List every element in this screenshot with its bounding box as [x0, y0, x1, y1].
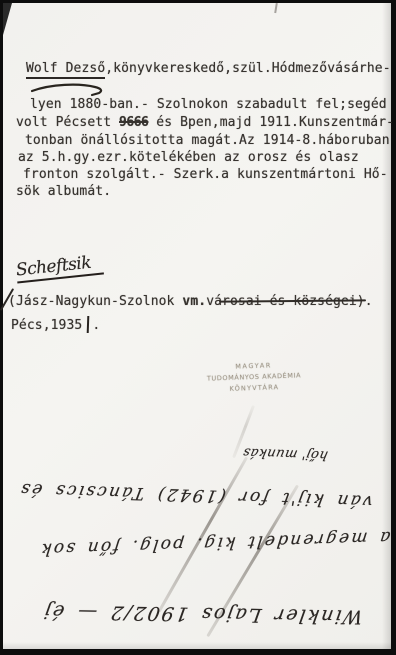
publication-period: .	[92, 318, 100, 333]
stamp-line-3: KÖNYVTÁRA	[188, 382, 320, 395]
overstruck-characters: 9666	[119, 115, 148, 130]
handwriting-line-4: Winkler Lajos 1902/2 — éj	[41, 600, 364, 628]
entry-name: Wolf Dezső	[26, 61, 105, 79]
source-open-paren: (	[8, 294, 16, 309]
strikethrough-text: rosai és községei)	[222, 294, 365, 309]
pen-bracket-mark	[87, 316, 90, 333]
handwriting-line-3: a megrendelt kig. polg. főn sok	[38, 527, 392, 559]
handwritten-name-scheftsik: Scheftsik	[15, 252, 104, 284]
typed-line-7: sök albumát.	[16, 184, 111, 199]
hand-arrow-mark	[29, 80, 111, 98]
scan-edge-shadow-right	[382, 3, 391, 649]
catalog-card: Wolf Dezső,könyvkereskedő,szül.Hódmezővá…	[3, 3, 391, 649]
typed-line-5: az 5.h.gy.ezr.kötelékében az orosz és ol…	[18, 150, 359, 165]
typed-line-6: fronton szolgált.- Szerk.a kunszentmárto…	[23, 167, 388, 182]
typed-line-3-post: és Bpen,majd 1911.Kunszentmár-	[148, 115, 394, 130]
typed-line-3-pre: volt Pécsett	[16, 115, 119, 130]
typed-line-1: Wolf Dezső,könyvkereskedő,szül.Hódmezővá…	[26, 61, 391, 76]
typed-line-4: tonban önállósitotta magát.Az 1914-8.háb…	[25, 133, 390, 148]
source-title: Jász-Nagykun-Szolnok	[16, 294, 182, 309]
source-period: .	[365, 294, 373, 309]
publication-line: Pécs,1935.	[11, 316, 100, 333]
typed-line-2: lyen 1880-ban.- Szolnokon szabadult fel;…	[30, 97, 387, 112]
library-stamp: MAGYAR TUDOMÁNYOS AKADÉMIA KÖNYVTÁRA	[188, 360, 321, 395]
scan-corner-mark	[3, 3, 12, 35]
scan-edge-shadow-bottom	[3, 642, 391, 649]
handwriting-line-2: ván kij't for (1942) Táncsics és	[17, 479, 374, 511]
typed-line-3: volt Pécsett 9666 és Bpen,majd 1911.Kuns…	[16, 115, 394, 130]
source-line: (Jász-Nagykun-Szolnok vm.városai és közs…	[8, 294, 373, 309]
scan-frame: Wolf Dezső,könyvkereskedő,szül.Hódmezővá…	[0, 0, 396, 655]
publication-text: Pécs,1935	[11, 318, 82, 333]
handwriting-line-1: hőj' munkás	[241, 445, 329, 463]
source-vm: vm.	[182, 294, 206, 309]
top-edge-mark	[274, 3, 277, 13]
typed-line-1-rest: ,könyvkereskedő,szül.Hódmezővásárhe-	[105, 61, 390, 76]
